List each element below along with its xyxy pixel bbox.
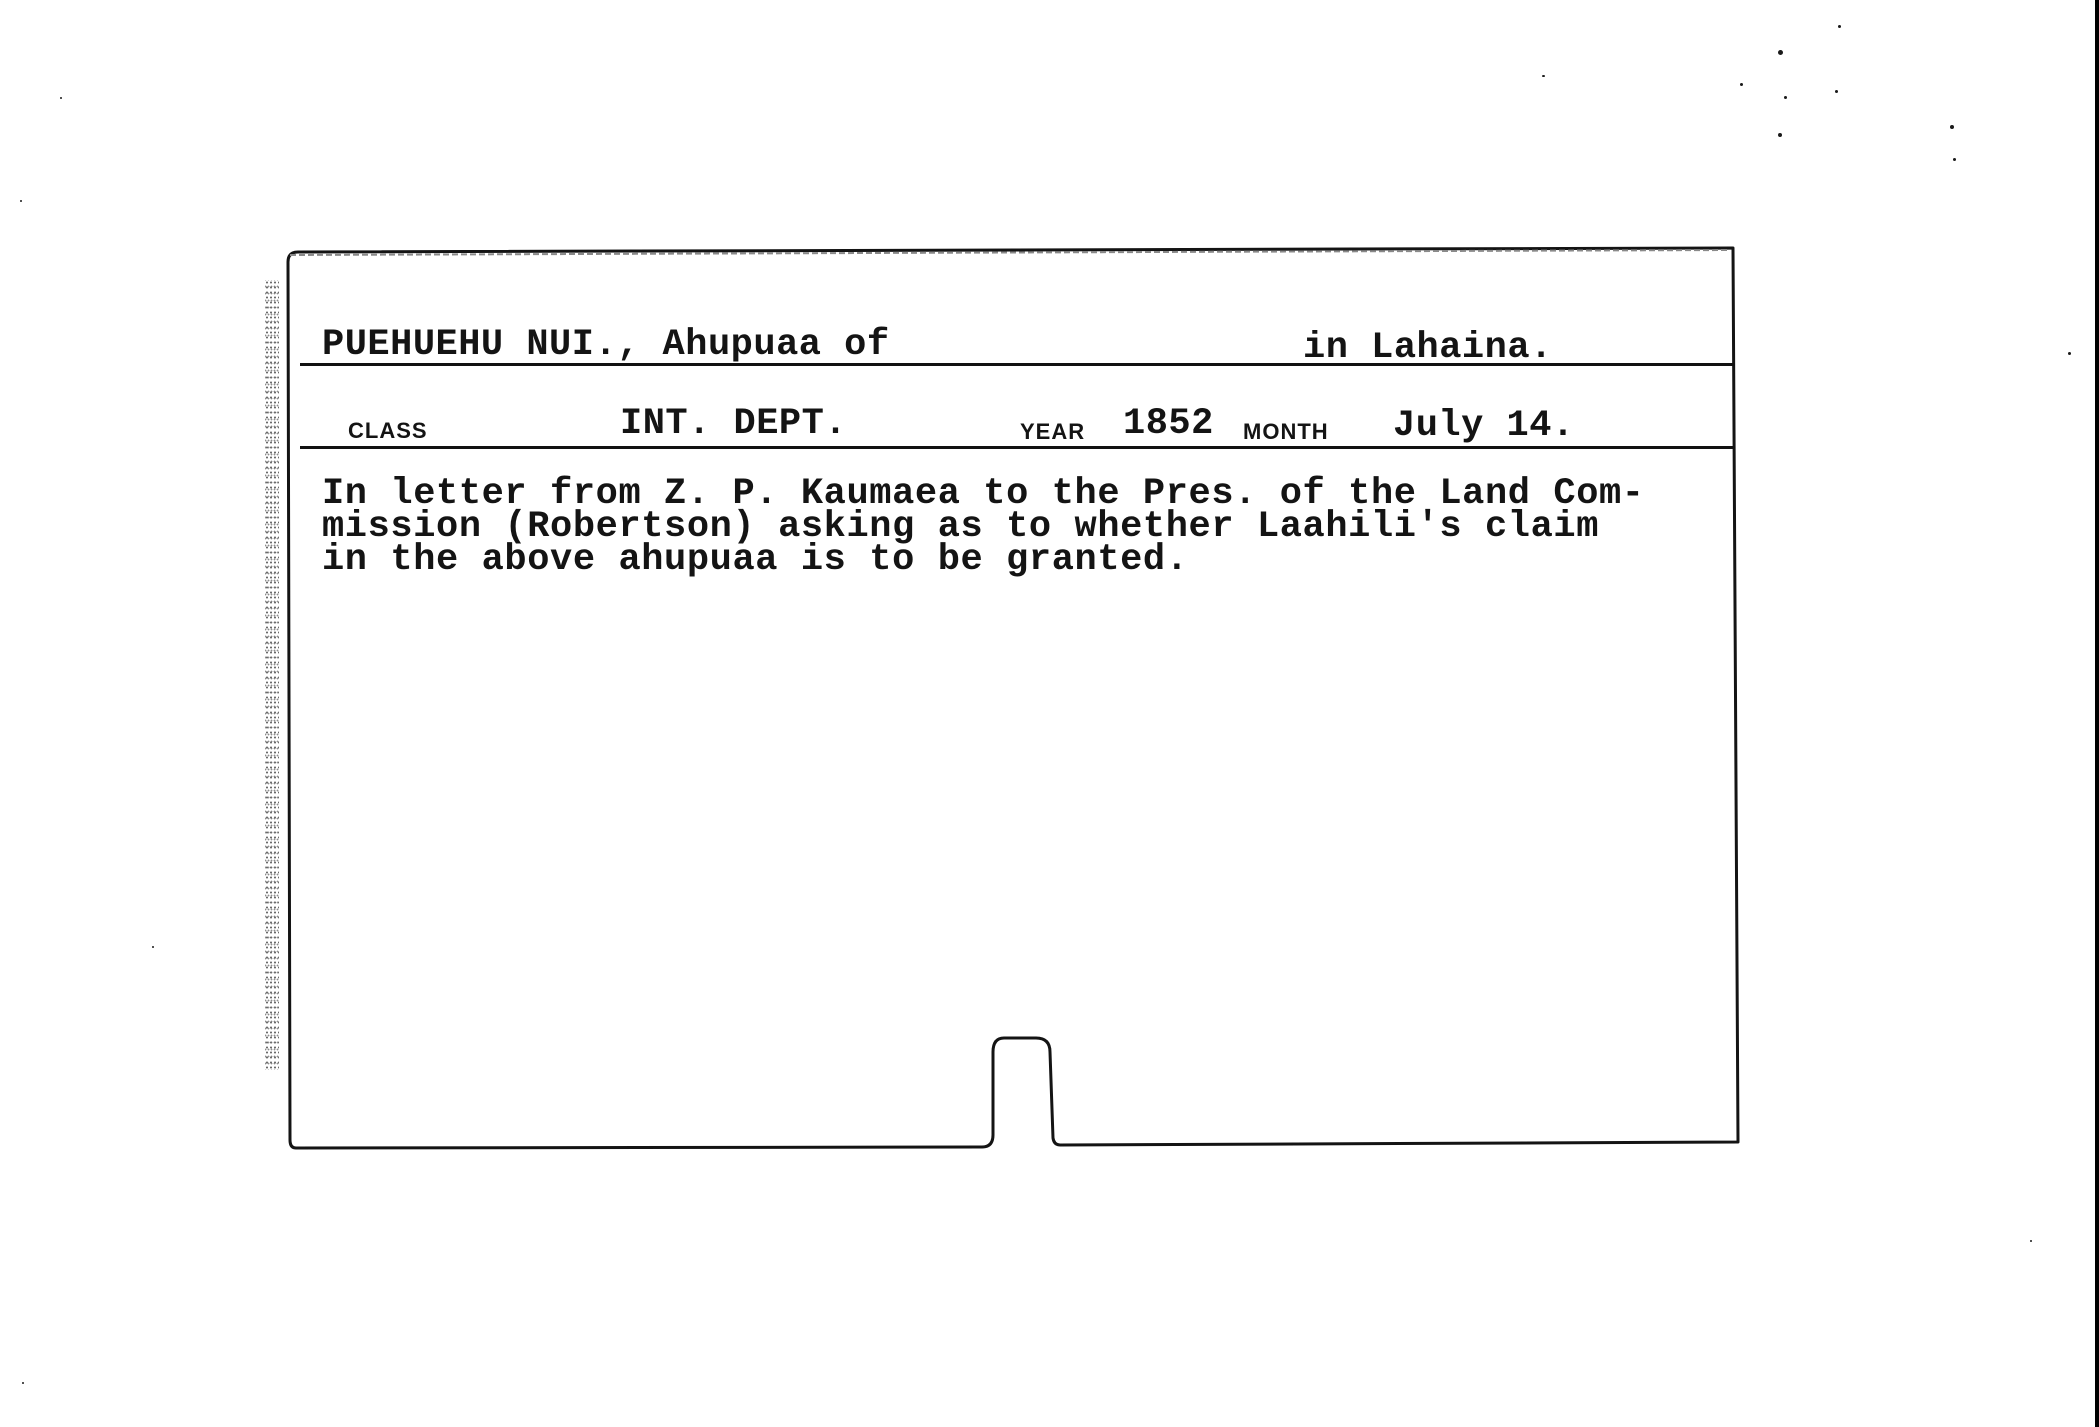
description-line: in the above ahupuaa is to be granted.	[322, 544, 1722, 577]
month-value: July 14.	[1393, 408, 1575, 445]
fields-rule	[300, 446, 1735, 449]
card-subject: PUEHUEHU NUI., Ahupuaa of	[322, 327, 890, 364]
card-location: in Lahaina.	[1303, 330, 1553, 367]
catalog-card: PUEHUEHU NUI., Ahupuaa of in Lahaina. CL…	[285, 250, 1737, 1147]
class-label: CLASS	[348, 420, 428, 442]
year-label: YEAR	[1020, 421, 1085, 443]
month-label: MONTH	[1243, 421, 1329, 443]
card-description: In letter from Z. P. Kaumaea to the Pres…	[322, 478, 1722, 577]
card-left-edge-texture	[265, 280, 279, 1070]
year-value: 1852	[1123, 406, 1214, 443]
class-value: INT. DEPT.	[620, 406, 847, 443]
heading-rule	[300, 363, 1735, 366]
